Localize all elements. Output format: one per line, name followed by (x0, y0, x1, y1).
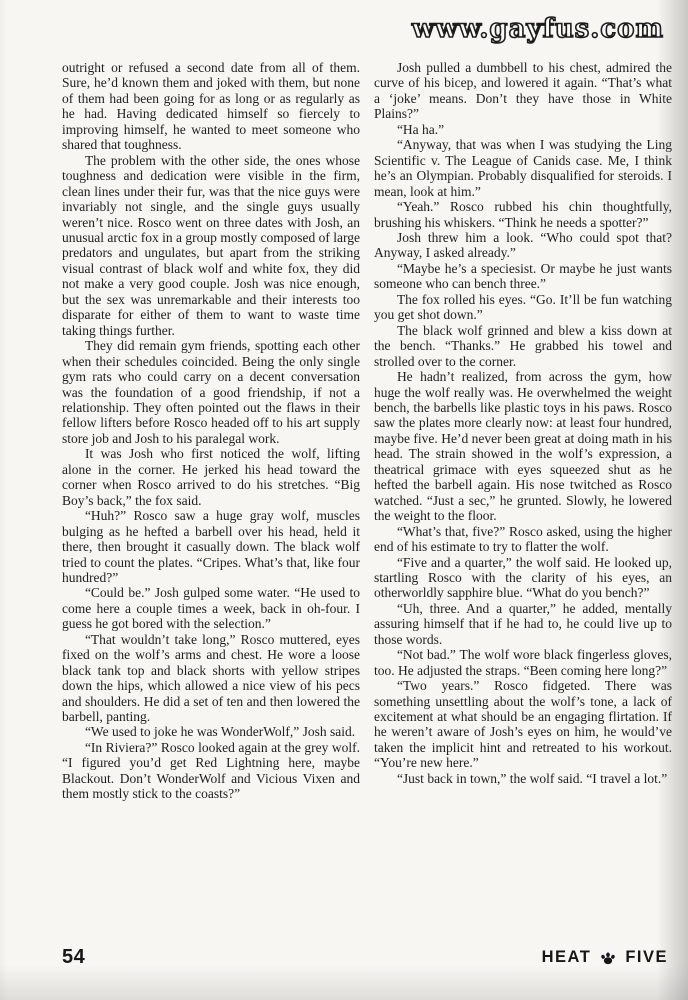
paragraph: “Uh, three. And a quarter,” he added, me… (374, 601, 672, 647)
body-text-block: outright or refused a second date from a… (62, 60, 672, 802)
paragraph: “We used to joke he was WonderWolf,” Jos… (62, 724, 360, 739)
paragraph: “Yeah.” Rosco rubbed his chin thoughtful… (374, 199, 672, 230)
paragraph: “What’s that, five?” Rosco asked, using … (374, 524, 672, 555)
paragraph: It was Josh who first noticed the wolf, … (62, 446, 360, 508)
paragraph: “Five and a quarter,” the wolf said. He … (374, 555, 672, 601)
scanned-book-page: www.gayfus.com outright or refused a sec… (0, 0, 688, 1000)
paragraph: “Not bad.” The wolf wore black fingerles… (374, 647, 672, 678)
paragraph: “Two years.” Rosco fidgeted. There was s… (374, 678, 672, 771)
paragraph: He hadn’t realized, from across the gym,… (374, 369, 672, 524)
right-column: Josh pulled a dumbbell to his chest, adm… (374, 60, 672, 802)
paw-print-icon (600, 950, 616, 966)
paragraph: “That wouldn’t take long,” Rosco muttere… (62, 632, 360, 725)
paragraph: “In Riviera?” Rosco looked again at the … (62, 740, 360, 802)
paragraph: “Anyway, that was when I was studying th… (374, 137, 672, 199)
paragraph: The problem with the other side, the one… (62, 153, 360, 338)
left-column: outright or refused a second date from a… (62, 60, 360, 802)
running-title-heat: HEAT (542, 948, 592, 967)
paragraph: Josh threw him a look. “Who could spot t… (374, 230, 672, 261)
paragraph: Josh pulled a dumbbell to his chest, adm… (374, 60, 672, 122)
running-title-five: FIVE (625, 948, 668, 967)
paragraph: “Ha ha.” (374, 122, 672, 137)
paragraph: The fox rolled his eyes. “Go. It’ll be f… (374, 292, 672, 323)
paragraph: “Just back in town,” the wolf said. “I t… (374, 771, 672, 786)
paragraph: They did remain gym friends, spotting ea… (62, 338, 360, 446)
page-footer: 54 HEAT FIVE (62, 946, 668, 969)
paragraph: outright or refused a second date from a… (62, 60, 360, 153)
paragraph: “Maybe he’s a speciesist. Or maybe he ju… (374, 261, 672, 292)
paragraph: The black wolf grinned and blew a kiss d… (374, 323, 672, 369)
paragraph: “Huh?” Rosco saw a huge gray wolf, muscl… (62, 508, 360, 585)
watermark-text: www.gayfus.com (412, 14, 664, 44)
page-number: 54 (62, 946, 85, 969)
running-title: HEAT FIVE (542, 948, 668, 967)
paragraph: “Could be.” Josh gulped some water. “He … (62, 585, 360, 631)
